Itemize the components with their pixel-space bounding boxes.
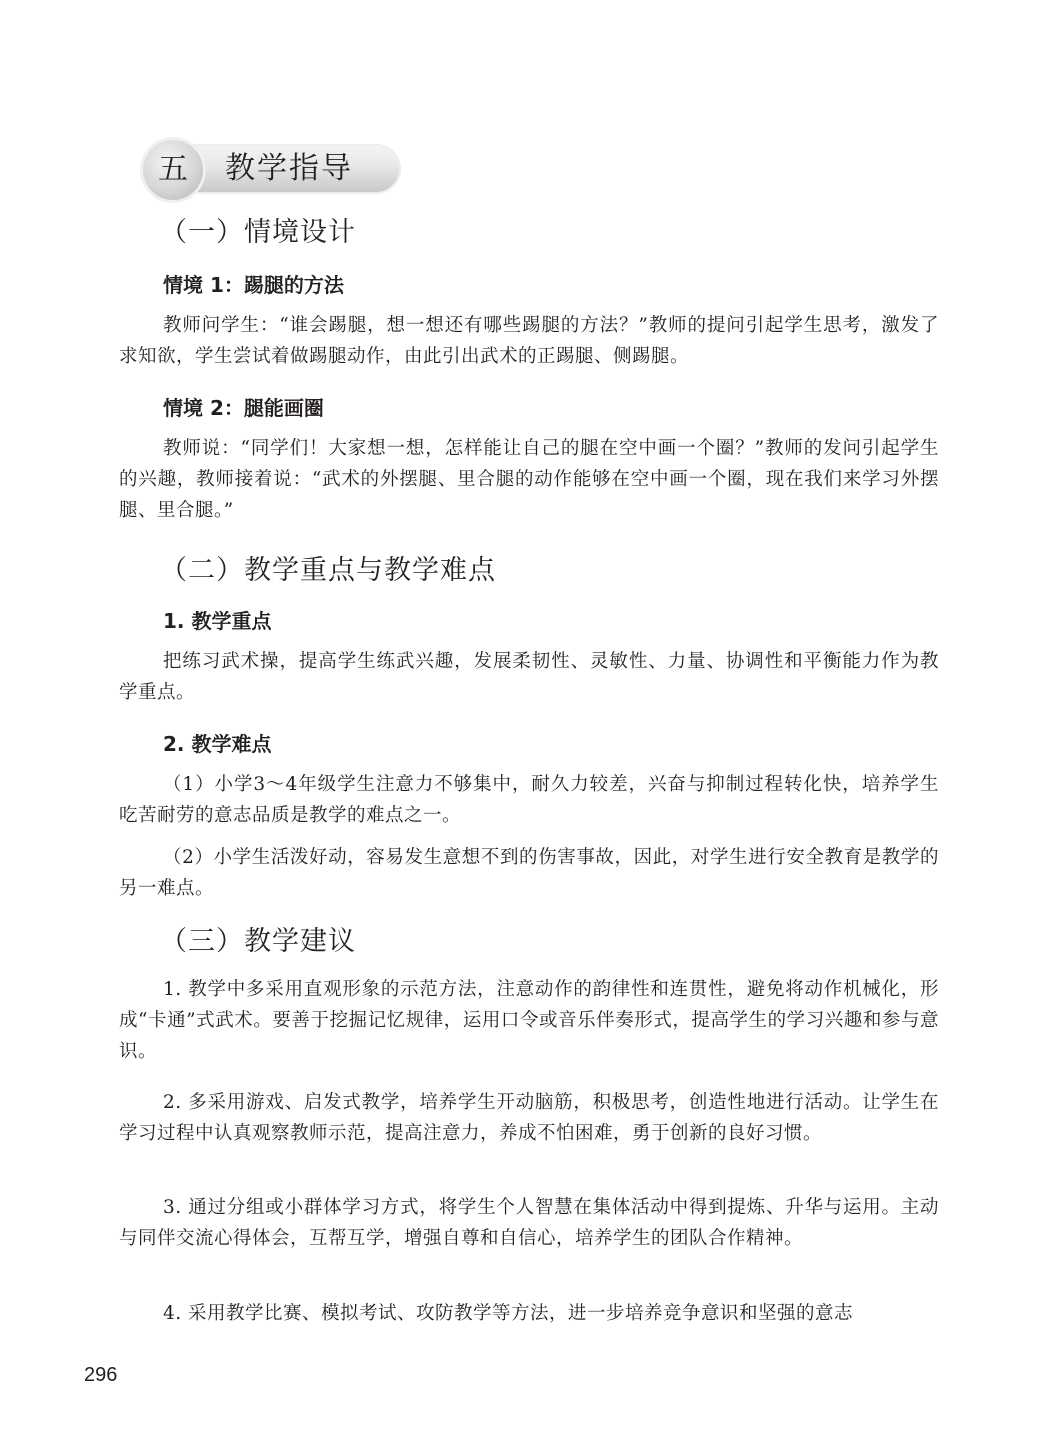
document-page: 五 教学指导 （一）情境设计 情境 1：踢腿的方法 教师问学生：“谁会踢腿，想一… bbox=[0, 0, 1038, 1452]
section-title-situation-design: （一）情境设计 bbox=[160, 216, 356, 250]
subtitle-teaching-key-points: 1. 教学重点 bbox=[163, 608, 271, 634]
subtitle-situation-2: 情境 2：腿能画圈 bbox=[163, 395, 324, 421]
paragraph-suggestion-2: 2. 多采用游戏、启发式教学，培养学生开动脑筋，积极思考，创造性地进行活动。让学… bbox=[119, 1087, 939, 1149]
paragraph-suggestion-4: 4. 采用教学比赛、模拟考试、攻防教学等方法，进一步培养竞争意识和坚强的意志 bbox=[119, 1298, 939, 1329]
paragraph-difficulty-2: （2）小学生活泼好动，容易发生意想不到的伤害事故，因此，对学生进行安全教育是教学… bbox=[119, 842, 939, 904]
chapter-number: 五 bbox=[158, 155, 188, 185]
paragraph-suggestion-1: 1. 教学中多采用直观形象的示范方法，注意动作的韵律性和连贯性，避免将动作机械化… bbox=[119, 974, 939, 1067]
chapter-number-badge: 五 bbox=[143, 140, 203, 200]
chapter-title: 教学指导 bbox=[225, 150, 353, 188]
paragraph-situation-1: 教师问学生：“谁会踢腿，想一想还有哪些踢腿的方法？”教师的提问引起学生思考，激发… bbox=[119, 310, 939, 372]
section-title-key-and-difficult-points: （二）教学重点与教学难点 bbox=[160, 554, 496, 588]
page-number: 296 bbox=[84, 1364, 117, 1387]
paragraph-difficulty-1: （1）小学3～4年级学生注意力不够集中，耐久力较差，兴奋与抑制过程转化快，培养学… bbox=[119, 769, 939, 831]
paragraph-suggestion-3: 3. 通过分组或小群体学习方式，将学生个人智慧在集体活动中得到提炼、升华与运用。… bbox=[119, 1192, 939, 1254]
subtitle-situation-1: 情境 1：踢腿的方法 bbox=[163, 272, 344, 298]
paragraph-situation-2: 教师说：“同学们！大家想一想，怎样能让自己的腿在空中画一个圈？”教师的发问引起学… bbox=[119, 433, 939, 526]
paragraph-teaching-key-points: 把练习武术操，提高学生练武兴趣，发展柔韧性、灵敏性、力量、协调性和平衡能力作为教… bbox=[119, 646, 939, 708]
section-title-teaching-suggestions: （三）教学建议 bbox=[160, 925, 356, 959]
chapter-header: 五 教学指导 bbox=[143, 140, 399, 200]
subtitle-teaching-difficulties: 2. 教学难点 bbox=[163, 731, 271, 757]
